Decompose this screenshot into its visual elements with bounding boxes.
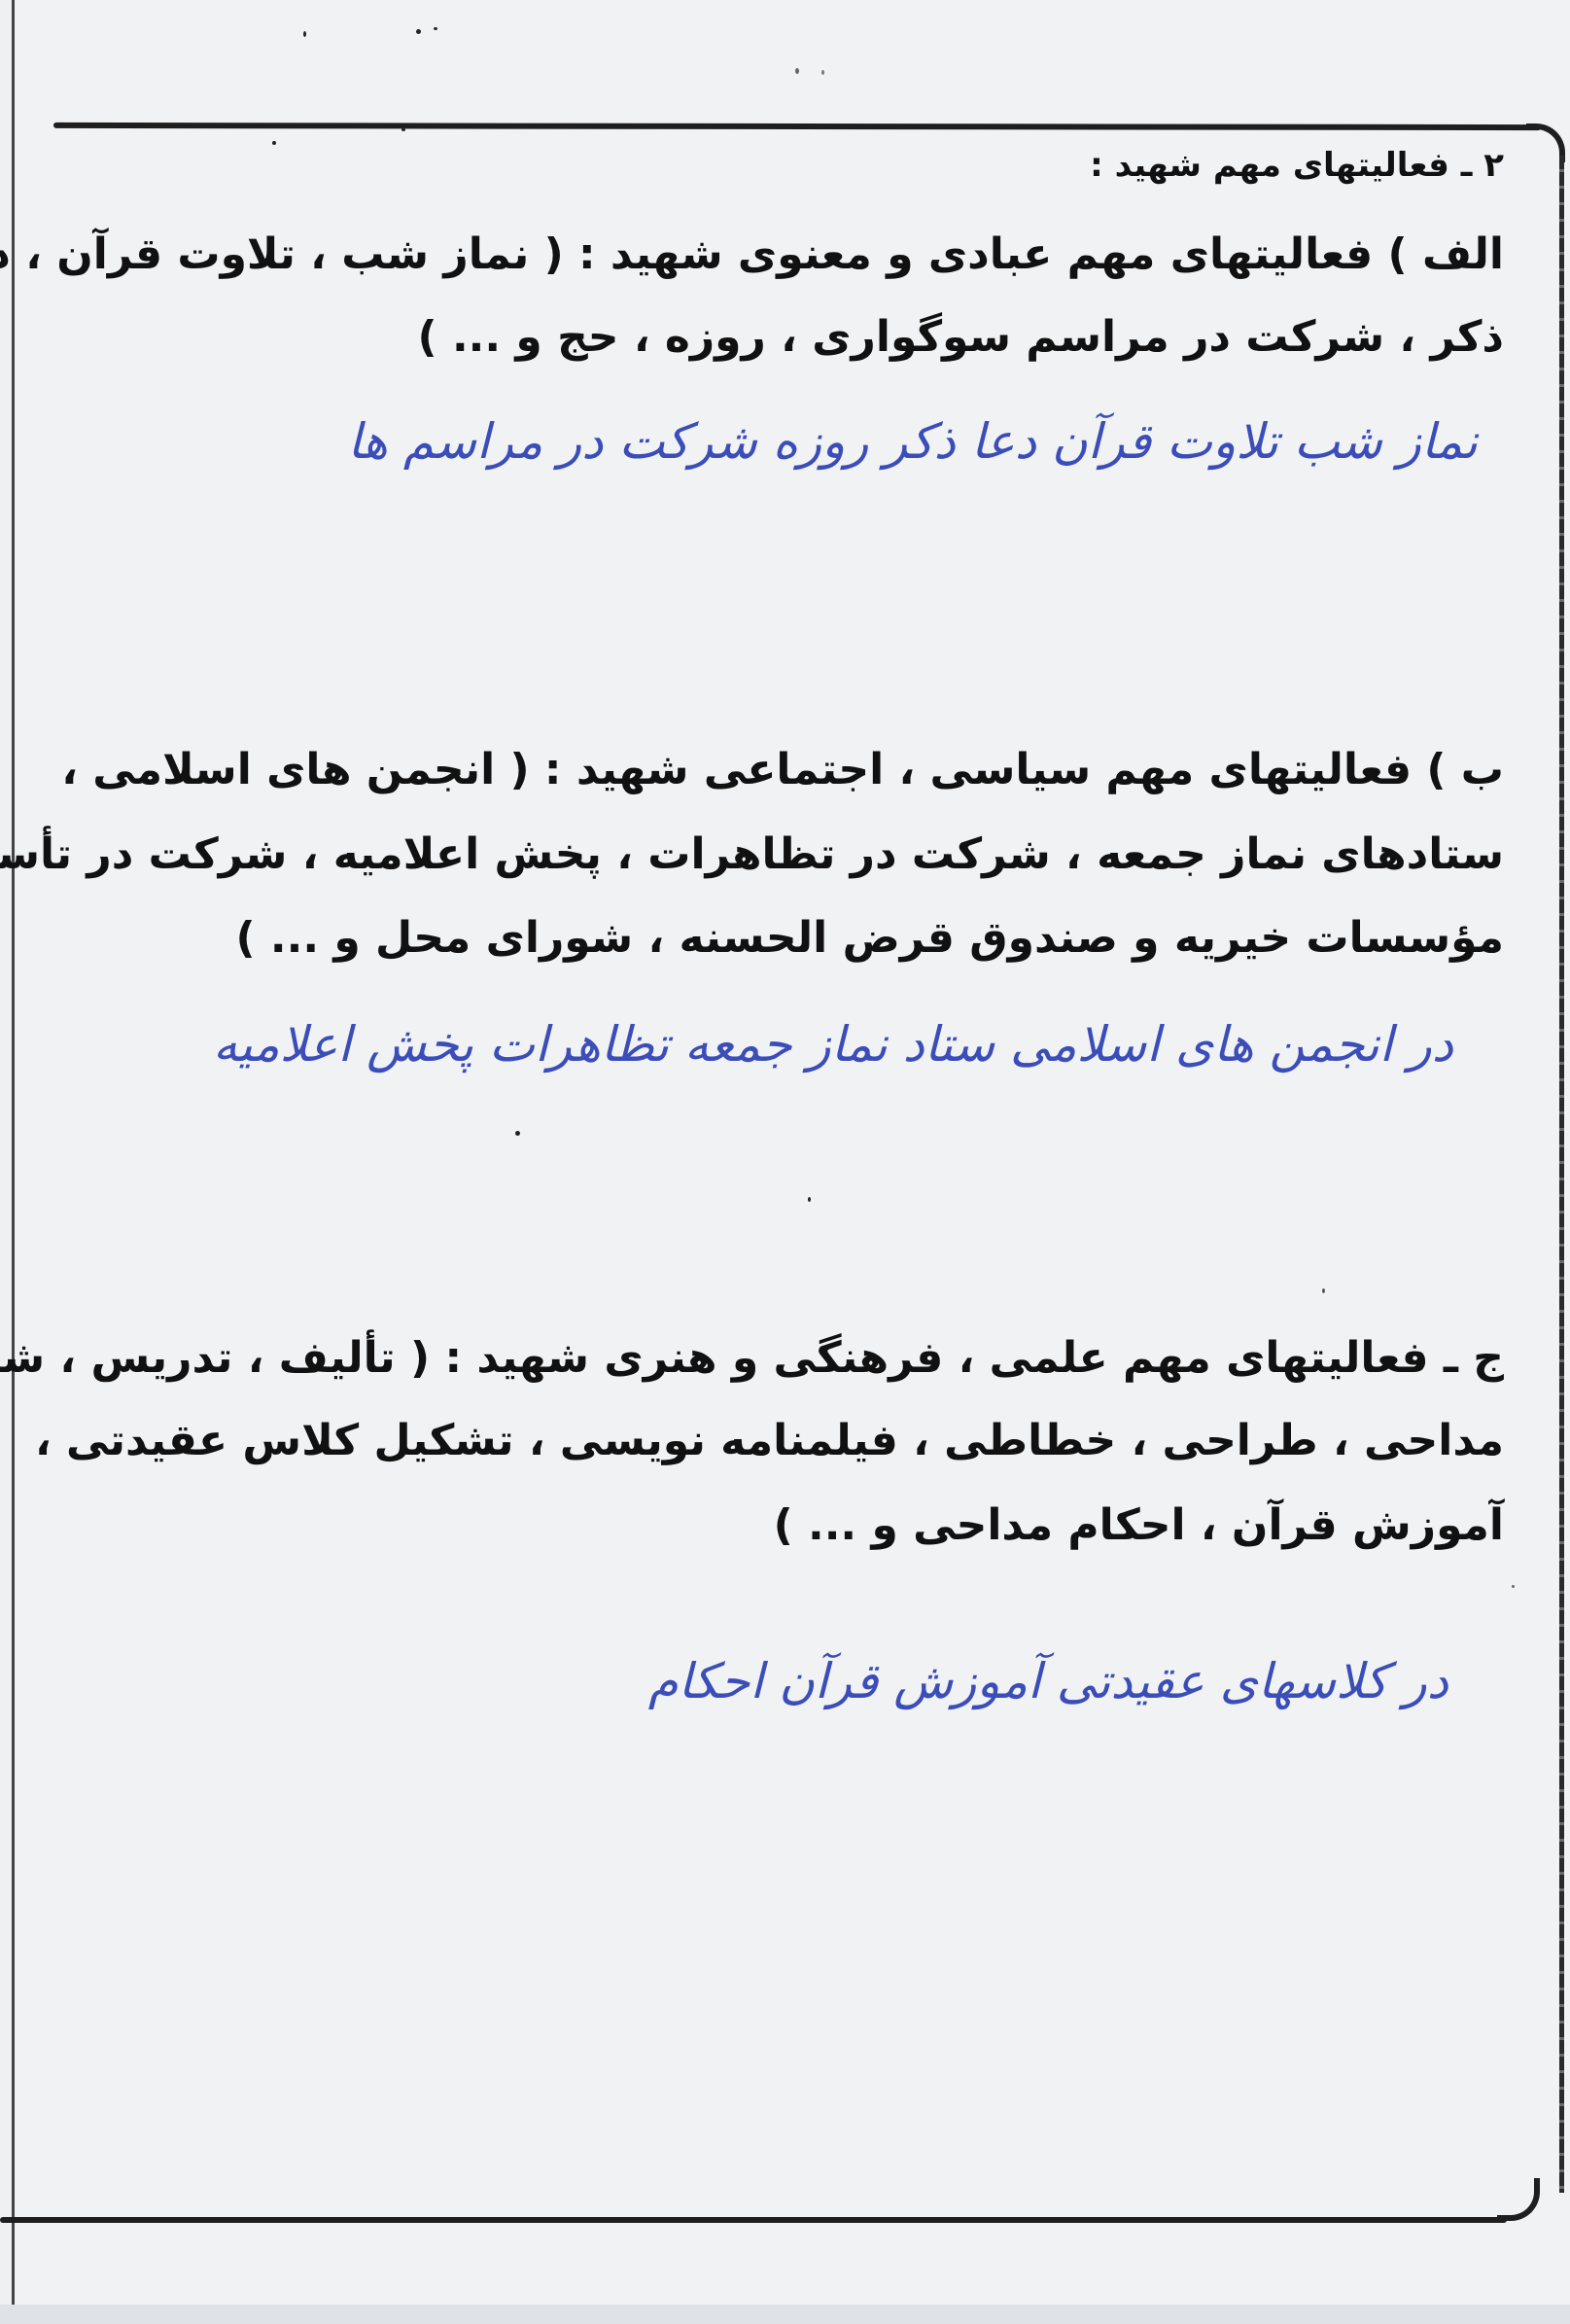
section-jim-line-3: آموزش قرآن ، احکام مداحی و ... )	[774, 1504, 1504, 1547]
scan-speck	[1512, 1585, 1515, 1588]
scan-speck	[808, 1197, 811, 1202]
section-be-line-2: ستادهای نماز جمعه ، شرکت در تظاهرات ، پخ…	[0, 833, 1504, 876]
scan-speck	[303, 31, 306, 37]
scan-speck	[515, 1131, 520, 1136]
section-jim-line-1: ج ـ فعالیتهای مهم علمی ، فرهنگی و هنری ش…	[0, 1337, 1504, 1380]
section-be-line-3: مؤسسات خیریه و صندوق قرض الحسنه ، شورای …	[235, 917, 1504, 960]
section-alef-line-1: الف ) فعالیتهای مهم عبادی و معنوی شهید :…	[0, 233, 1504, 276]
section-alef-handwritten-answer: نماز شب تلاوت قرآن دعا ذکر روزه شرکت در …	[347, 413, 1478, 470]
section-heading: ۲ ـ فعالیتهای مهم شهید :	[1090, 146, 1504, 185]
frame-border-right	[1559, 156, 1564, 2193]
scan-speck	[401, 128, 405, 131]
scan-speck	[272, 141, 276, 145]
scan-speck	[434, 27, 437, 30]
section-be-line-1: ب ) فعالیتهای مهم سیاسی ، اجتماعی شهید :…	[61, 749, 1504, 792]
section-alef-line-2: ذکر ، شرکت در مراسم سوگواری ، روزه ، حج …	[418, 316, 1504, 359]
scan-bottom-strip	[0, 2305, 1570, 2324]
section-be-handwritten-answer: در انجمن های اسلامی ستاد نماز جمعه تظاهر…	[213, 1016, 1453, 1073]
frame-border-bottom	[0, 2217, 1507, 2223]
scan-speck	[416, 29, 421, 34]
scan-speck	[821, 70, 824, 75]
page-left-edge	[12, 0, 15, 2324]
section-jim-handwritten-answer: در کلاسهای عقیدتی آموزش قرآن احکام	[648, 1653, 1448, 1709]
scan-speck	[1322, 1288, 1325, 1293]
section-jim-line-2: مداحی ، طراحی ، خطاطی ، فیلمنامه نویسی ،…	[35, 1420, 1504, 1462]
scan-speck	[795, 68, 799, 74]
